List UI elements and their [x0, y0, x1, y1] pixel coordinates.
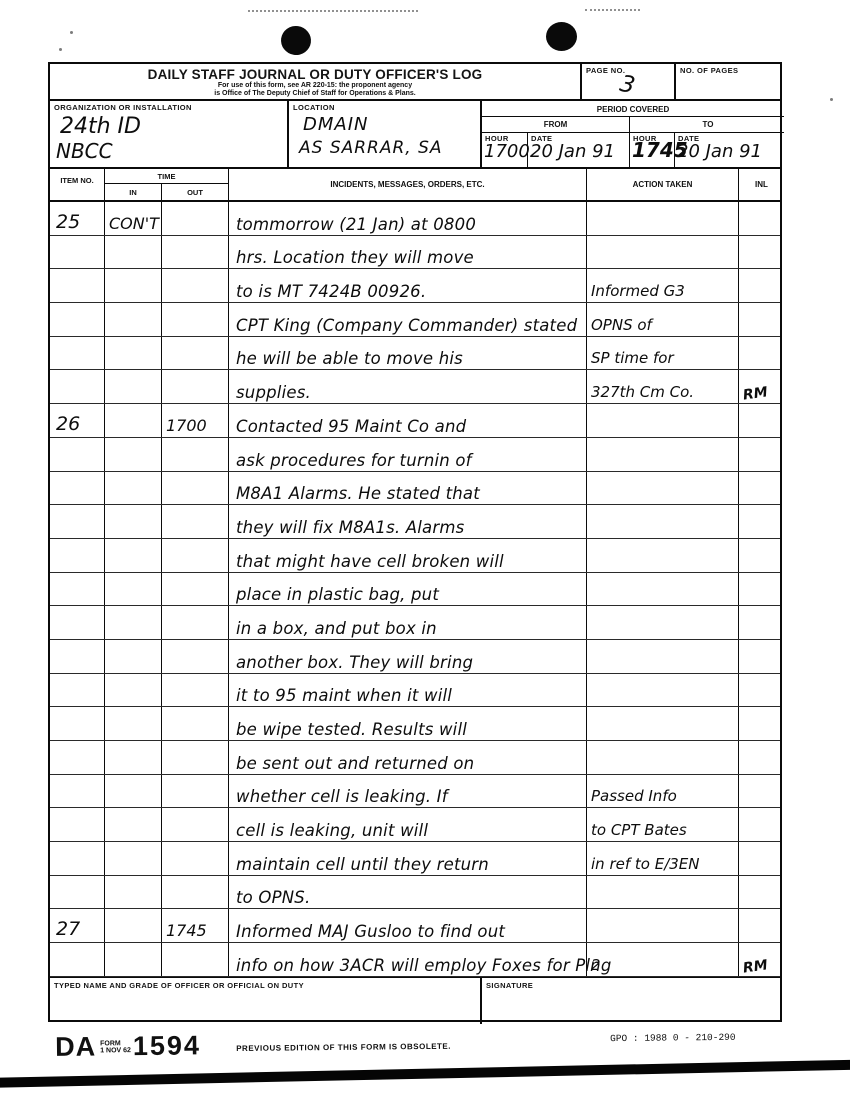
to-date-cell: DATE 20 Jan 91 [674, 133, 786, 167]
cell-initials [737, 300, 786, 339]
hole-punch-mark [279, 24, 313, 57]
cell-initials [737, 199, 786, 238]
log-row: be wipe tested. Results will [50, 707, 780, 741]
signature-row: TYPED NAME AND GRADE OF OFFICER OR OFFIC… [50, 977, 780, 1024]
cell-time-out [162, 606, 229, 639]
log-row: CPT King (Company Commander) stated OPNS… [50, 303, 780, 337]
cell-incidents: to OPNS. [229, 876, 587, 909]
cell-item-no [50, 606, 105, 639]
cell-incidents: ask procedures for turnin of [229, 438, 587, 471]
cell-time-in [105, 236, 162, 269]
cell-time-in: CON'T [105, 202, 162, 235]
cell-time-in [105, 876, 162, 909]
cell-incidents: be sent out and returned on [229, 741, 587, 774]
cell-initials [737, 536, 786, 575]
cell-action-taken [587, 438, 739, 471]
cell-incidents: hrs. Location they will move [229, 236, 587, 269]
form-number: 1594 [133, 1032, 201, 1059]
cell-time-in [105, 606, 162, 639]
cell-incidents: maintain cell until they return [229, 842, 587, 875]
cell-time-in [105, 539, 162, 572]
to-hour-cell: HOUR 1745 [629, 133, 674, 167]
period-covered-cell: PERIOD COVERED FROM TO HOUR 1700 DATE 20… [480, 101, 784, 167]
cell-item-no: 25 [50, 202, 105, 235]
cell-time-out [162, 303, 229, 336]
cell-incidents: they will fix M8A1s. Alarms [229, 505, 587, 538]
organization-value-line1: 24th ID [60, 114, 287, 139]
header-time-in: IN [105, 184, 162, 202]
cell-time-in [105, 303, 162, 336]
cell-action-taken [587, 707, 739, 740]
cell-incidents: be wipe tested. Results will [229, 707, 587, 740]
log-table-header: ITEM NO. TIME IN OUT INCIDENTS, MESSAGES… [50, 169, 780, 202]
gpo-print-code: GPO : 1988 0 - 210-290 [610, 1032, 736, 1044]
log-row: be sent out and returned on [50, 741, 780, 775]
cell-time-out [162, 741, 229, 774]
cell-initials: RM [737, 940, 786, 979]
log-table-body: 25 CON'T tommorrow (21 Jan) at 0800 hrs.… [50, 202, 780, 977]
cell-action-taken [587, 573, 739, 606]
cell-incidents: it to 95 maint when it will [229, 674, 587, 707]
page-no-value: 3 [617, 71, 637, 99]
cell-action-taken [587, 909, 739, 942]
cell-time-in [105, 909, 162, 942]
cell-action-taken: 2 [587, 943, 739, 976]
location-value-line1: DMAIN [303, 114, 480, 135]
cell-action-taken [587, 640, 739, 673]
cell-initials [737, 704, 786, 743]
cell-time-out [162, 236, 229, 269]
scan-smudge [585, 9, 640, 11]
cell-time-in [105, 808, 162, 841]
cell-action-taken [587, 606, 739, 639]
cell-action-taken [587, 202, 739, 235]
log-row: 26 1700 Contacted 95 Maint Co and [50, 404, 780, 438]
cell-action-taken [587, 674, 739, 707]
cell-time-in [105, 404, 162, 437]
log-row: to is MT 7424B 00926. Informed G3 [50, 269, 780, 303]
cell-time-in [105, 707, 162, 740]
cell-time-in [105, 674, 162, 707]
cell-action-taken [587, 505, 739, 538]
hole-punch-mark [546, 22, 577, 51]
log-row: that might have cell broken will [50, 539, 780, 573]
cell-item-no [50, 337, 105, 370]
scanned-log-page: DAILY STAFF JOURNAL OR DUTY OFFICER'S LO… [0, 0, 850, 1094]
cell-item-no [50, 775, 105, 808]
scan-speck [70, 31, 73, 34]
cell-time-in [105, 337, 162, 370]
form-number-block: DA FORM 1 NOV 62 1594 [55, 1032, 201, 1060]
log-row: to OPNS. [50, 876, 780, 910]
form-title-block: DAILY STAFF JOURNAL OR DUTY OFFICER'S LO… [50, 64, 580, 99]
cell-time-out [162, 370, 229, 403]
header-time: TIME [105, 169, 229, 184]
scan-smudge [248, 10, 418, 12]
cell-action-taken: Informed G3 [587, 269, 739, 302]
cell-time-in [105, 370, 162, 403]
cell-incidents: he will be able to move his [229, 337, 587, 370]
cell-action-taken [587, 741, 739, 774]
cell-item-no [50, 303, 105, 336]
scan-artifact-bar [0, 1059, 850, 1088]
cell-time-in [105, 269, 162, 302]
scan-speck [830, 98, 833, 101]
cell-time-out [162, 640, 229, 673]
period-covered-label: PERIOD COVERED [482, 101, 784, 117]
cell-initials [737, 738, 786, 777]
cell-time-out [162, 269, 229, 302]
cell-item-no: 26 [50, 404, 105, 437]
cell-time-in [105, 741, 162, 774]
cell-incidents: CPT King (Company Commander) stated [229, 303, 587, 336]
cell-initials [737, 839, 786, 878]
cell-incidents: another box. They will bring [229, 640, 587, 673]
cell-item-no [50, 236, 105, 269]
cell-item-no [50, 370, 105, 403]
cell-item-no [50, 808, 105, 841]
log-row: info on how 3ACR will employ Foxes for P… [50, 943, 780, 977]
cell-incidents: Contacted 95 Maint Co and [229, 404, 587, 437]
log-row: whether cell is leaking. If Passed Info [50, 775, 780, 809]
form-title: DAILY STAFF JOURNAL OR DUTY OFFICER'S LO… [50, 67, 580, 82]
form-title-row: DAILY STAFF JOURNAL OR DUTY OFFICER'S LO… [50, 64, 780, 101]
cell-action-taken: to CPT Bates [587, 808, 739, 841]
cell-item-no [50, 539, 105, 572]
header-action-taken: ACTION TAKEN [587, 169, 739, 202]
form-date: 1 NOV 62 [100, 1047, 131, 1054]
cell-action-taken [587, 404, 739, 437]
cell-initials [737, 401, 786, 440]
scan-speck [59, 48, 62, 51]
cell-item-no [50, 674, 105, 707]
cell-incidents: Informed MAJ Gusloo to find out [229, 909, 587, 942]
log-row: M8A1 Alarms. He stated that [50, 472, 780, 506]
cell-incidents: to is MT 7424B 00926. [229, 269, 587, 302]
cell-action-taken: in ref to E/3EN [587, 842, 739, 875]
cell-item-no [50, 842, 105, 875]
cell-initials [737, 805, 786, 844]
cell-initials [737, 502, 786, 541]
cell-incidents: tommorrow (21 Jan) at 0800 [229, 202, 587, 235]
cell-time-out [162, 539, 229, 572]
cell-time-in [105, 438, 162, 471]
form-edition: FORM 1 NOV 62 [100, 1040, 131, 1054]
log-row: another box. They will bring [50, 640, 780, 674]
cell-action-taken: Passed Info [587, 775, 739, 808]
organization-value-line2: NBCC [56, 139, 287, 163]
from-label: FROM [482, 117, 629, 132]
cell-time-in [105, 573, 162, 606]
log-row: hrs. Location they will move [50, 236, 780, 270]
da-form-1594: DAILY STAFF JOURNAL OR DUTY OFFICER'S LO… [48, 62, 782, 1022]
cell-initials [737, 603, 786, 642]
da-label: DA [55, 1033, 96, 1059]
log-row: they will fix M8A1s. Alarms [50, 505, 780, 539]
obsolete-notice: PREVIOUS EDITION OF THIS FORM IS OBSOLET… [236, 1042, 451, 1053]
no-of-pages-label: NO. OF PAGES [680, 66, 784, 75]
cell-incidents: info on how 3ACR will employ Foxes for P… [229, 943, 587, 976]
cell-time-out [162, 842, 229, 875]
cell-item-no [50, 876, 105, 909]
signature-label: SIGNATURE [486, 981, 784, 990]
cell-action-taken: 327th Cm Co. [587, 370, 739, 403]
from-date-value: 20 Jan 91 [530, 141, 615, 162]
cell-incidents: whether cell is leaking. If [229, 775, 587, 808]
cell-time-out [162, 573, 229, 606]
cell-time-out [162, 337, 229, 370]
cell-time-in [105, 472, 162, 505]
log-row: he will be able to move his SP time for [50, 337, 780, 371]
cell-time-in [105, 505, 162, 538]
cell-time-in [105, 640, 162, 673]
location-label: LOCATION [293, 103, 480, 112]
location-cell: LOCATION DMAIN AS SARRAR, SA [287, 101, 480, 167]
from-hour-value: 1700 [484, 141, 530, 162]
to-label: TO [629, 117, 786, 132]
typed-name-cell: TYPED NAME AND GRADE OF OFFICER OR OFFIC… [50, 978, 480, 1024]
log-row: ask procedures for turnin of [50, 438, 780, 472]
cell-initials [737, 266, 786, 305]
page-no-cell: PAGE NO. 3 [580, 64, 674, 99]
org-location-period-row: ORGANIZATION OR INSTALLATION 24th ID NBC… [50, 101, 780, 169]
cell-action-taken [587, 472, 739, 505]
header-time-out: OUT [162, 184, 229, 202]
no-of-pages-cell: NO. OF PAGES [674, 64, 784, 99]
cell-time-out: 1745 [162, 909, 229, 942]
cell-time-in [105, 943, 162, 976]
from-date-cell: DATE 20 Jan 91 [527, 133, 629, 167]
cell-incidents: in a box, and put box in [229, 606, 587, 639]
cell-time-out: 1700 [162, 404, 229, 437]
cell-item-no [50, 505, 105, 538]
cell-time-out [162, 775, 229, 808]
cell-time-out [162, 505, 229, 538]
cell-item-no [50, 269, 105, 302]
log-row: in a box, and put box in [50, 606, 780, 640]
cell-item-no [50, 741, 105, 774]
cell-action-taken [587, 236, 739, 269]
cell-item-no [50, 472, 105, 505]
cell-item-no [50, 640, 105, 673]
organization-cell: ORGANIZATION OR INSTALLATION 24th ID NBC… [50, 101, 287, 167]
cell-item-no [50, 943, 105, 976]
cell-time-out [162, 438, 229, 471]
form-subtitle-line1: For use of this form, see AR 220-15: the… [50, 82, 580, 90]
cell-action-taken [587, 876, 739, 909]
cell-action-taken: SP time for [587, 337, 739, 370]
cell-item-no: 27 [50, 909, 105, 942]
cell-action-taken [587, 539, 739, 572]
log-row: maintain cell until they return in ref t… [50, 842, 780, 876]
cell-time-in [105, 775, 162, 808]
cell-time-in [105, 842, 162, 875]
cell-incidents: that might have cell broken will [229, 539, 587, 572]
cell-incidents: place in plastic bag, put [229, 573, 587, 606]
header-item-no: ITEM NO. [50, 169, 105, 202]
typed-name-label: TYPED NAME AND GRADE OF OFFICER OR OFFIC… [54, 981, 480, 990]
cell-time-out [162, 472, 229, 505]
cell-incidents: cell is leaking, unit will [229, 808, 587, 841]
form-subtitle-line2: is Office of The Deputy Chief of Staff f… [50, 90, 580, 98]
cell-item-no [50, 707, 105, 740]
from-hour-cell: HOUR 1700 [482, 133, 527, 167]
cell-time-out [162, 202, 229, 235]
form-footer: DA FORM 1 NOV 62 1594 PREVIOUS EDITION O… [48, 1026, 808, 1034]
organization-label: ORGANIZATION OR INSTALLATION [54, 103, 287, 112]
header-initials: INL [739, 169, 784, 202]
location-value-line2: AS SARRAR, SA [299, 138, 480, 158]
log-row: 25 CON'T tommorrow (21 Jan) at 0800 [50, 202, 780, 236]
cell-item-no [50, 573, 105, 606]
cell-item-no [50, 438, 105, 471]
cell-initials [737, 435, 786, 474]
log-row: cell is leaking, unit will to CPT Bates [50, 808, 780, 842]
cell-time-out [162, 674, 229, 707]
log-row: supplies. 327th Cm Co. RM [50, 370, 780, 404]
cell-initials [737, 637, 786, 676]
cell-action-taken: OPNS of [587, 303, 739, 336]
cell-time-out [162, 876, 229, 909]
log-row: 27 1745 Informed MAJ Gusloo to find out [50, 909, 780, 943]
log-row: place in plastic bag, put [50, 573, 780, 607]
signature-cell: SIGNATURE [480, 978, 784, 1024]
cell-time-out [162, 707, 229, 740]
cell-incidents: M8A1 Alarms. He stated that [229, 472, 587, 505]
to-date-value: 20 Jan 91 [677, 141, 762, 162]
header-incidents: INCIDENTS, MESSAGES, ORDERS, ETC. [229, 169, 587, 202]
cell-time-out [162, 943, 229, 976]
log-row: it to 95 maint when it will [50, 674, 780, 708]
cell-incidents: supplies. [229, 370, 587, 403]
cell-time-out [162, 808, 229, 841]
